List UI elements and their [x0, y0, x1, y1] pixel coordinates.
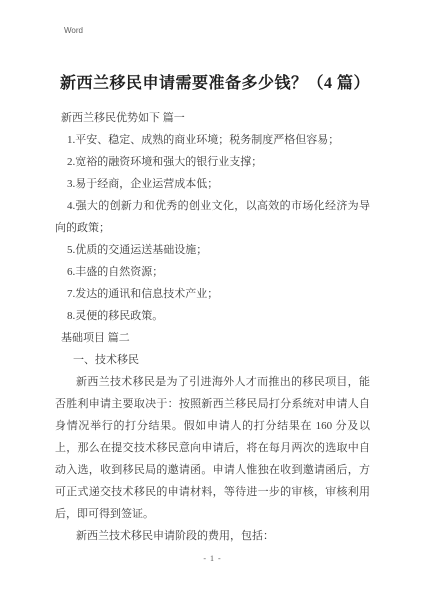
document-title: 新西兰移民申请需要准备多少钱？（4 篇）	[55, 72, 370, 96]
document-page: Word 新西兰移民申请需要准备多少钱？（4 篇） 新西兰移民优势如下 篇一1.…	[0, 0, 424, 600]
word-app-label: Word	[64, 26, 370, 36]
list-item: 7.发达的通讯和信息技术产业；	[55, 283, 370, 305]
list-item: 2.宽裕的融资环境和强大的银行业支撑；	[55, 151, 370, 173]
paragraph: 新西兰技术移民是为了引进海外人才而推出的移民项目，能否胜利申请主要取决于：按照新…	[55, 371, 370, 525]
page-number: - 1 -	[55, 553, 370, 565]
list-item: 8.灵便的移民政策。	[55, 305, 370, 327]
document-body: 新西兰移民优势如下 篇一1.平安、稳定、成熟的商业环境；税务制度严格但容易；2.…	[55, 107, 370, 547]
list-item: 4.强大的创新力和优秀的创业文化，以高效的市场化经济为导向的政策；	[55, 195, 370, 239]
paragraph: 新西兰技术移民申请阶段的费用，包括：	[55, 525, 370, 547]
list-item: 3.易于经商，企业运营成本低；	[55, 173, 370, 195]
section-heading: 新西兰移民优势如下 篇一	[55, 107, 370, 129]
list-item: 6.丰盛的自然资源；	[55, 261, 370, 283]
list-item: 1.平安、稳定、成熟的商业环境；税务制度严格但容易；	[55, 129, 370, 151]
section-heading: 一、技术移民	[55, 349, 370, 371]
section-heading: 基础项目 篇二	[55, 327, 370, 349]
list-item: 5.优质的交通运送基础设施；	[55, 239, 370, 261]
